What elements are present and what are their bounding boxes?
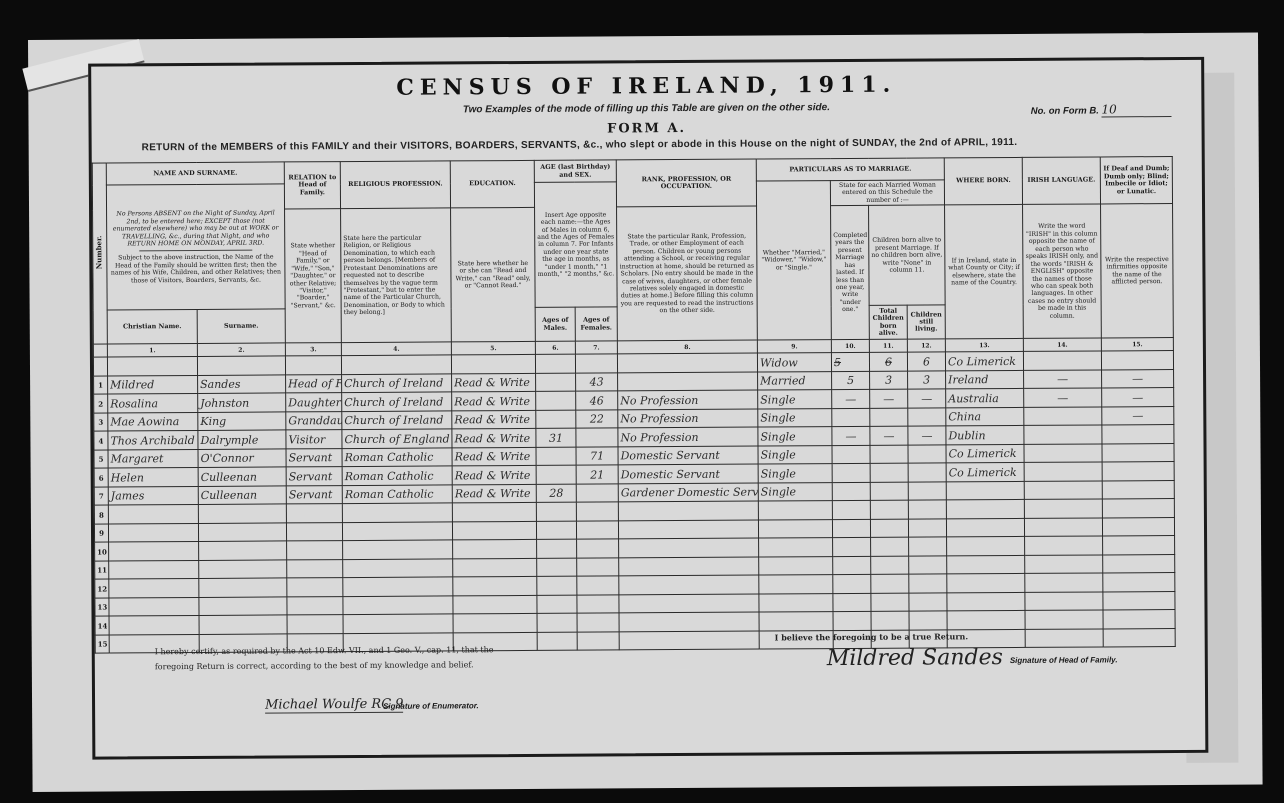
cell-living [908, 519, 946, 538]
cell-irish [1024, 425, 1102, 444]
cell-occupation: Domestic Servant [618, 464, 758, 483]
cell-relation: Daughter [286, 393, 342, 412]
cell-first: Mildred [108, 375, 198, 394]
christian-name-header: Christian Name. [107, 310, 197, 345]
cell-education: Read & Write [452, 466, 536, 485]
ages-females-header: Ages of Females. [575, 307, 617, 341]
cell-living [909, 593, 947, 612]
cell-years [833, 556, 871, 575]
cell-irish [1025, 555, 1103, 574]
cell-years: — [832, 390, 870, 409]
cell-infirm [1103, 554, 1175, 573]
column-number: 11. [869, 339, 907, 352]
cell-born: Co Limerick [946, 444, 1024, 463]
row-number: 12 [95, 579, 109, 598]
cell-marital [758, 519, 832, 538]
cell-infirm [1103, 628, 1175, 647]
true-return-text: I believe the foregoing to be a true Ret… [775, 631, 969, 642]
cell-surname [199, 615, 287, 634]
cell-age-f [577, 613, 619, 632]
column-number: 15. [1101, 338, 1173, 351]
occupation-instructions: State the particular Rank, Profession, T… [617, 206, 758, 341]
married-woman-instructions: State for each Married Woman entered on … [830, 180, 944, 206]
cell-total: 3 [870, 371, 908, 390]
cell-irish [1025, 592, 1103, 611]
religion-header: RELIGIOUS PROFESSION. [340, 161, 450, 209]
census-sheet: CENSUS OF IRELAND, 1911. Two Examples of… [28, 32, 1263, 791]
cell-marital: Widow [757, 353, 831, 372]
name-header: NAME AND SURNAME. [106, 162, 284, 185]
where-born-header: WHERE BORN. [944, 157, 1022, 205]
column-number: 12. [907, 339, 945, 352]
cell-living [908, 463, 946, 482]
cell-education: Read & Write [452, 392, 536, 411]
row-number: 9 [94, 524, 108, 543]
age-header: AGE (last Birthday) and SEX. [534, 160, 616, 183]
column-number: 2. [197, 343, 285, 357]
age-instructions: Insert Age opposite each name:—the Ages … [534, 182, 617, 308]
cell-age-m [536, 502, 576, 521]
cell-religion [343, 559, 453, 578]
cell-religion [343, 614, 453, 633]
irish-instructions: Write the word "IRISH" in this column op… [1023, 204, 1102, 338]
cell-surname: Johnston [198, 393, 286, 412]
cell-surname: King [198, 412, 286, 431]
cell-living [909, 574, 947, 593]
certification-text: I hereby certify, as required by the Act… [155, 642, 515, 675]
cell-years: 5 [832, 371, 870, 390]
cell-relation: Servant [286, 448, 342, 467]
cell-total [870, 500, 908, 519]
cell-age-m [537, 595, 577, 614]
cell-living [909, 611, 947, 630]
cell-age-m [537, 576, 577, 595]
cell-age-f: 43 [576, 373, 618, 392]
cell-born: Dublin [946, 426, 1024, 445]
household-table: Number. NAME AND SURNAME. RELATION to He… [92, 156, 1176, 654]
cell-religion: Roman Catholic [342, 485, 452, 504]
cell-relation: Servant [286, 485, 342, 504]
religion-instructions: State here the particular Religion, or R… [341, 208, 452, 343]
cell-years: — [832, 427, 870, 446]
column-number: 4. [341, 342, 451, 356]
row-number: 7 [94, 487, 108, 506]
form-b-number-value: 10 [1101, 102, 1171, 117]
row-number: 6 [94, 468, 108, 487]
document-title: CENSUS OF IRELAND, 1911. [91, 70, 1201, 103]
cell-years [833, 538, 871, 557]
cell-irish [1025, 629, 1103, 648]
cell-years [833, 612, 871, 631]
row-number: 11 [95, 561, 109, 580]
cell-years [832, 501, 870, 520]
row-number: 14 [95, 616, 109, 635]
cell-marital: Single [758, 427, 832, 446]
cell-occupation [619, 631, 759, 650]
cell-relation: Head of Family [286, 374, 342, 393]
cell-age-m [536, 521, 576, 540]
cell-age-m: 31 [536, 428, 576, 447]
cell-relation [287, 578, 343, 597]
form-b-number: No. on Form B. 10 [1031, 102, 1172, 118]
cell-born [947, 555, 1025, 574]
cell-occupation: No Profession [618, 409, 758, 428]
cell-age-f [576, 428, 618, 447]
cell-surname [199, 597, 287, 616]
cell-years [832, 519, 870, 538]
occupation-header: RANK, PROFESSION, OR OCCUPATION. [616, 159, 756, 207]
cell-occupation [619, 612, 759, 631]
cell-surname: Culleenan [198, 486, 286, 505]
education-header: EDUCATION. [450, 160, 534, 208]
cell-born [946, 500, 1024, 519]
cell-total [871, 537, 909, 556]
cell-marital [759, 556, 833, 575]
cell-age-f [577, 539, 619, 558]
cell-total [871, 611, 909, 630]
cell-marital [759, 612, 833, 631]
cell-born: Co Limerick [945, 352, 1023, 371]
cell-age-f: 46 [576, 391, 618, 410]
cell-age-m [536, 373, 576, 392]
cell-marital [759, 575, 833, 594]
cell-irish [1024, 444, 1102, 463]
cell-relation [287, 541, 343, 560]
cell-occupation: No Profession [618, 390, 758, 409]
cell-age-m [537, 613, 577, 632]
total-children-header: Total Children born alive. [869, 305, 907, 339]
cell-first [109, 616, 199, 635]
cell-education [452, 503, 536, 522]
infirmity-header: If Deaf and Dumb; Dumb only; Blind; Imbe… [1100, 157, 1172, 205]
cell-first: Thos Archibald [108, 431, 198, 450]
cell-first [108, 505, 198, 524]
cell-living [909, 537, 947, 556]
cell-age-m [537, 632, 577, 651]
cell-irish [1024, 481, 1102, 500]
cell-marital [759, 538, 833, 557]
number-header: Number. [92, 163, 107, 344]
cell-born [946, 481, 1024, 500]
relation-header: RELATION to Head of Family. [284, 162, 340, 210]
cell-infirm [1102, 480, 1174, 499]
enumerator-label: Signature of Enumerator. [383, 701, 479, 711]
cell-relation: Granddaughter [286, 411, 342, 430]
cell-relation [286, 522, 342, 541]
cell-irish [1024, 499, 1102, 518]
cell-born [947, 574, 1025, 593]
cell-years [833, 593, 871, 612]
column-number: 10. [831, 340, 869, 353]
cell-total [870, 482, 908, 501]
cell-surname [199, 541, 287, 560]
column-number: 14. [1023, 338, 1101, 351]
cell-living [909, 556, 947, 575]
row-number: 3 [94, 413, 108, 432]
cell-total [870, 519, 908, 538]
cell-first [109, 560, 199, 579]
cell-surname: Dalrymple [198, 430, 286, 449]
cell-infirm [1103, 573, 1175, 592]
cell-religion [343, 596, 453, 615]
cell-age-f: 71 [576, 447, 618, 466]
marriage-header: PARTICULARS AS TO MARRIAGE. [756, 158, 944, 181]
cell-total [871, 556, 909, 575]
cell-irish: — [1024, 370, 1102, 389]
form-b-number-label: No. on Form B. [1031, 105, 1099, 116]
cell-total [871, 593, 909, 612]
cell-surname [199, 560, 287, 579]
column-number: 9. [757, 340, 831, 353]
column-number: 5. [451, 342, 535, 356]
cell-occupation [619, 594, 759, 613]
cell-age-f [576, 484, 618, 503]
cell-living: 6 [907, 352, 945, 371]
cell-years: 5 [831, 353, 869, 372]
cell-religion [342, 522, 452, 541]
cell-infirm [1102, 517, 1174, 536]
cell-relation: Servant [286, 467, 342, 486]
cell-living [908, 482, 946, 501]
cell-infirm [1103, 536, 1175, 555]
cell-age-f: 21 [576, 465, 618, 484]
cell-first [109, 542, 199, 561]
cell-religion [343, 577, 453, 596]
cell-religion: Church of Ireland [342, 392, 452, 411]
cell-infirm [1103, 591, 1175, 610]
cell-occupation: Gardener Domestic Servant [618, 483, 758, 502]
cell-occupation: No Profession [618, 427, 758, 446]
cell-age-m [537, 558, 577, 577]
cell-living [908, 500, 946, 519]
infirmity-instructions: Write the respective infirmities opposit… [1101, 204, 1174, 338]
column-number: 3. [285, 343, 341, 356]
cell-total: — [870, 426, 908, 445]
cell-surname [199, 578, 287, 597]
cell-total [871, 574, 909, 593]
cell-living: — [908, 426, 946, 445]
cell-first [109, 597, 199, 616]
cell-living [908, 408, 946, 427]
cell-marital: Single [758, 445, 832, 464]
cell-born: Ireland [946, 370, 1024, 389]
ages-males-header: Ages of Males. [535, 307, 575, 341]
cell-born: Australia [946, 389, 1024, 408]
cell-first [108, 523, 198, 542]
cell-surname [198, 523, 286, 542]
cell-infirm: — [1102, 388, 1174, 407]
cell-born: China [946, 407, 1024, 426]
cell-religion: Church of Ireland [342, 411, 452, 430]
cell-born [946, 518, 1024, 537]
cell-infirm: — [1102, 369, 1174, 388]
cell-age-f [576, 521, 618, 540]
column-number: 1. [107, 344, 197, 358]
cell-total: 6 [869, 352, 907, 371]
cell-education [453, 614, 537, 633]
cell-religion [343, 540, 453, 559]
cell-infirm [1102, 462, 1174, 481]
cell-occupation [618, 372, 758, 391]
cell-irish [1024, 407, 1102, 426]
column-number: 13. [945, 339, 1023, 352]
cell-education: Read & Write [452, 447, 536, 466]
cell-education [453, 577, 537, 596]
name-instructions: No Persons ABSENT on the Night of Sunday… [106, 184, 285, 310]
cell-relation [287, 615, 343, 634]
cell-relation [287, 596, 343, 615]
years-married-instructions: Completed years the present Marriage has… [831, 206, 870, 340]
cell-irish: — [1024, 388, 1102, 407]
form-a: CENSUS OF IRELAND, 1911. Two Examples of… [88, 57, 1208, 760]
cell-religion [342, 503, 452, 522]
cell-marital: Single [758, 482, 832, 501]
cell-first: Margaret [108, 449, 198, 468]
row-number: 15 [95, 635, 109, 654]
cell-occupation: Domestic Servant [618, 446, 758, 465]
cell-education: Read & Write [452, 484, 536, 503]
cell-years [832, 482, 870, 501]
row-number: 5 [94, 450, 108, 469]
children-instructions: Children born alive to present Marriage.… [869, 205, 946, 305]
cell-relation [286, 504, 342, 523]
cell-education [453, 558, 537, 577]
cell-irish [1024, 462, 1102, 481]
cell-irish [1025, 536, 1103, 555]
cell-religion: Roman Catholic [342, 448, 452, 467]
cell-occupation [619, 538, 759, 557]
cell-age-f [577, 595, 619, 614]
head-signature-label: Signature of Head of Family. [1010, 655, 1118, 665]
cell-born: Co Limerick [946, 463, 1024, 482]
head-signature: Mildred Sandes [827, 645, 1003, 671]
cell-first: James [108, 486, 198, 505]
cell-marital: Single [758, 408, 832, 427]
cell-living: 3 [908, 371, 946, 390]
cell-first: Mae Aowina [108, 412, 198, 431]
cell-first [109, 579, 199, 598]
cell-marital: Single [758, 464, 832, 483]
cell-born [947, 611, 1025, 630]
children-living-header: Children still living. [907, 305, 945, 339]
cell-religion: Church of England [342, 429, 452, 448]
cell-total [870, 408, 908, 427]
cell-age-f [577, 558, 619, 577]
cell-age-f [577, 632, 619, 651]
relation-instructions: State whether "Head of Family," or "Wife… [285, 209, 342, 343]
return-statement: RETURN of the MEMBERS of this FAMILY and… [142, 137, 1018, 153]
cell-total: — [870, 389, 908, 408]
form-name: FORM A. [92, 118, 1202, 140]
where-born-instructions: If in Ireland, state in what County or C… [945, 205, 1024, 339]
row-number: 8 [94, 505, 108, 524]
cell-religion: Roman Catholic [342, 466, 452, 485]
cell-years [832, 408, 870, 427]
cell-age-m [536, 391, 576, 410]
cell-age-m [537, 539, 577, 558]
cell-infirm [1102, 425, 1174, 444]
cell-education: Read & Write [452, 429, 536, 448]
cell-total [870, 463, 908, 482]
cell-irish [1025, 573, 1103, 592]
irish-language-header: IRISH LANGUAGE. [1022, 157, 1100, 205]
cell-born [947, 537, 1025, 556]
column-number: 7. [575, 341, 617, 354]
cell-living: — [908, 389, 946, 408]
cell-marital [758, 501, 832, 520]
number-colnum [93, 344, 107, 357]
cell-age-f [577, 576, 619, 595]
cell-living [908, 445, 946, 464]
cell-relation: Visitor [286, 430, 342, 449]
cell-infirm: — [1102, 406, 1174, 425]
cell-total [870, 445, 908, 464]
cell-marital: Single [758, 390, 832, 409]
cell-age-m [536, 447, 576, 466]
cell-religion: Church of Ireland [342, 374, 452, 393]
column-number: 8. [617, 340, 757, 354]
row-number: 1 [94, 376, 108, 395]
cell-years [832, 445, 870, 464]
cell-age-f: 22 [576, 410, 618, 429]
cell-education: Read & Write [452, 373, 536, 392]
cell-age-f [576, 502, 618, 521]
row-number: 13 [95, 598, 109, 617]
cell-occupation [619, 557, 759, 576]
cell-infirm [1103, 610, 1175, 629]
cell-education: Read & Write [452, 410, 536, 429]
cell-first: Rosalina [108, 394, 198, 413]
cell-years [832, 464, 870, 483]
cell-relation [287, 559, 343, 578]
cell-years [833, 575, 871, 594]
cell-education [453, 595, 537, 614]
cell-surname [198, 504, 286, 523]
cell-occupation [618, 520, 758, 539]
cell-first: Helen [108, 468, 198, 487]
cell-age-m: 28 [536, 484, 576, 503]
cell-infirm [1102, 499, 1174, 518]
surname-header: Surname. [197, 309, 285, 344]
cell-education [453, 540, 537, 559]
cell-occupation [618, 501, 758, 520]
row-number: 2 [94, 394, 108, 413]
cell-irish [1024, 518, 1102, 537]
cell-marital: Married [758, 371, 832, 390]
cell-surname: O'Connor [198, 449, 286, 468]
cell-surname: Culleenan [198, 467, 286, 486]
cell-born [947, 592, 1025, 611]
cell-age-m [536, 465, 576, 484]
cell-age-m [536, 410, 576, 429]
row-number: 4 [94, 431, 108, 450]
cell-marital [759, 593, 833, 612]
cell-surname: Sandes [198, 375, 286, 394]
cell-education [452, 521, 536, 540]
cell-infirm [1102, 443, 1174, 462]
marital-status-instructions: Whether "Married," "Widower," "Widow," o… [756, 181, 831, 341]
cell-occupation [619, 575, 759, 594]
column-number: 6. [535, 341, 575, 354]
education-instructions: State here whether he or she can "Read a… [451, 208, 536, 343]
cell-irish [1025, 610, 1103, 629]
row-number: 10 [95, 542, 109, 561]
